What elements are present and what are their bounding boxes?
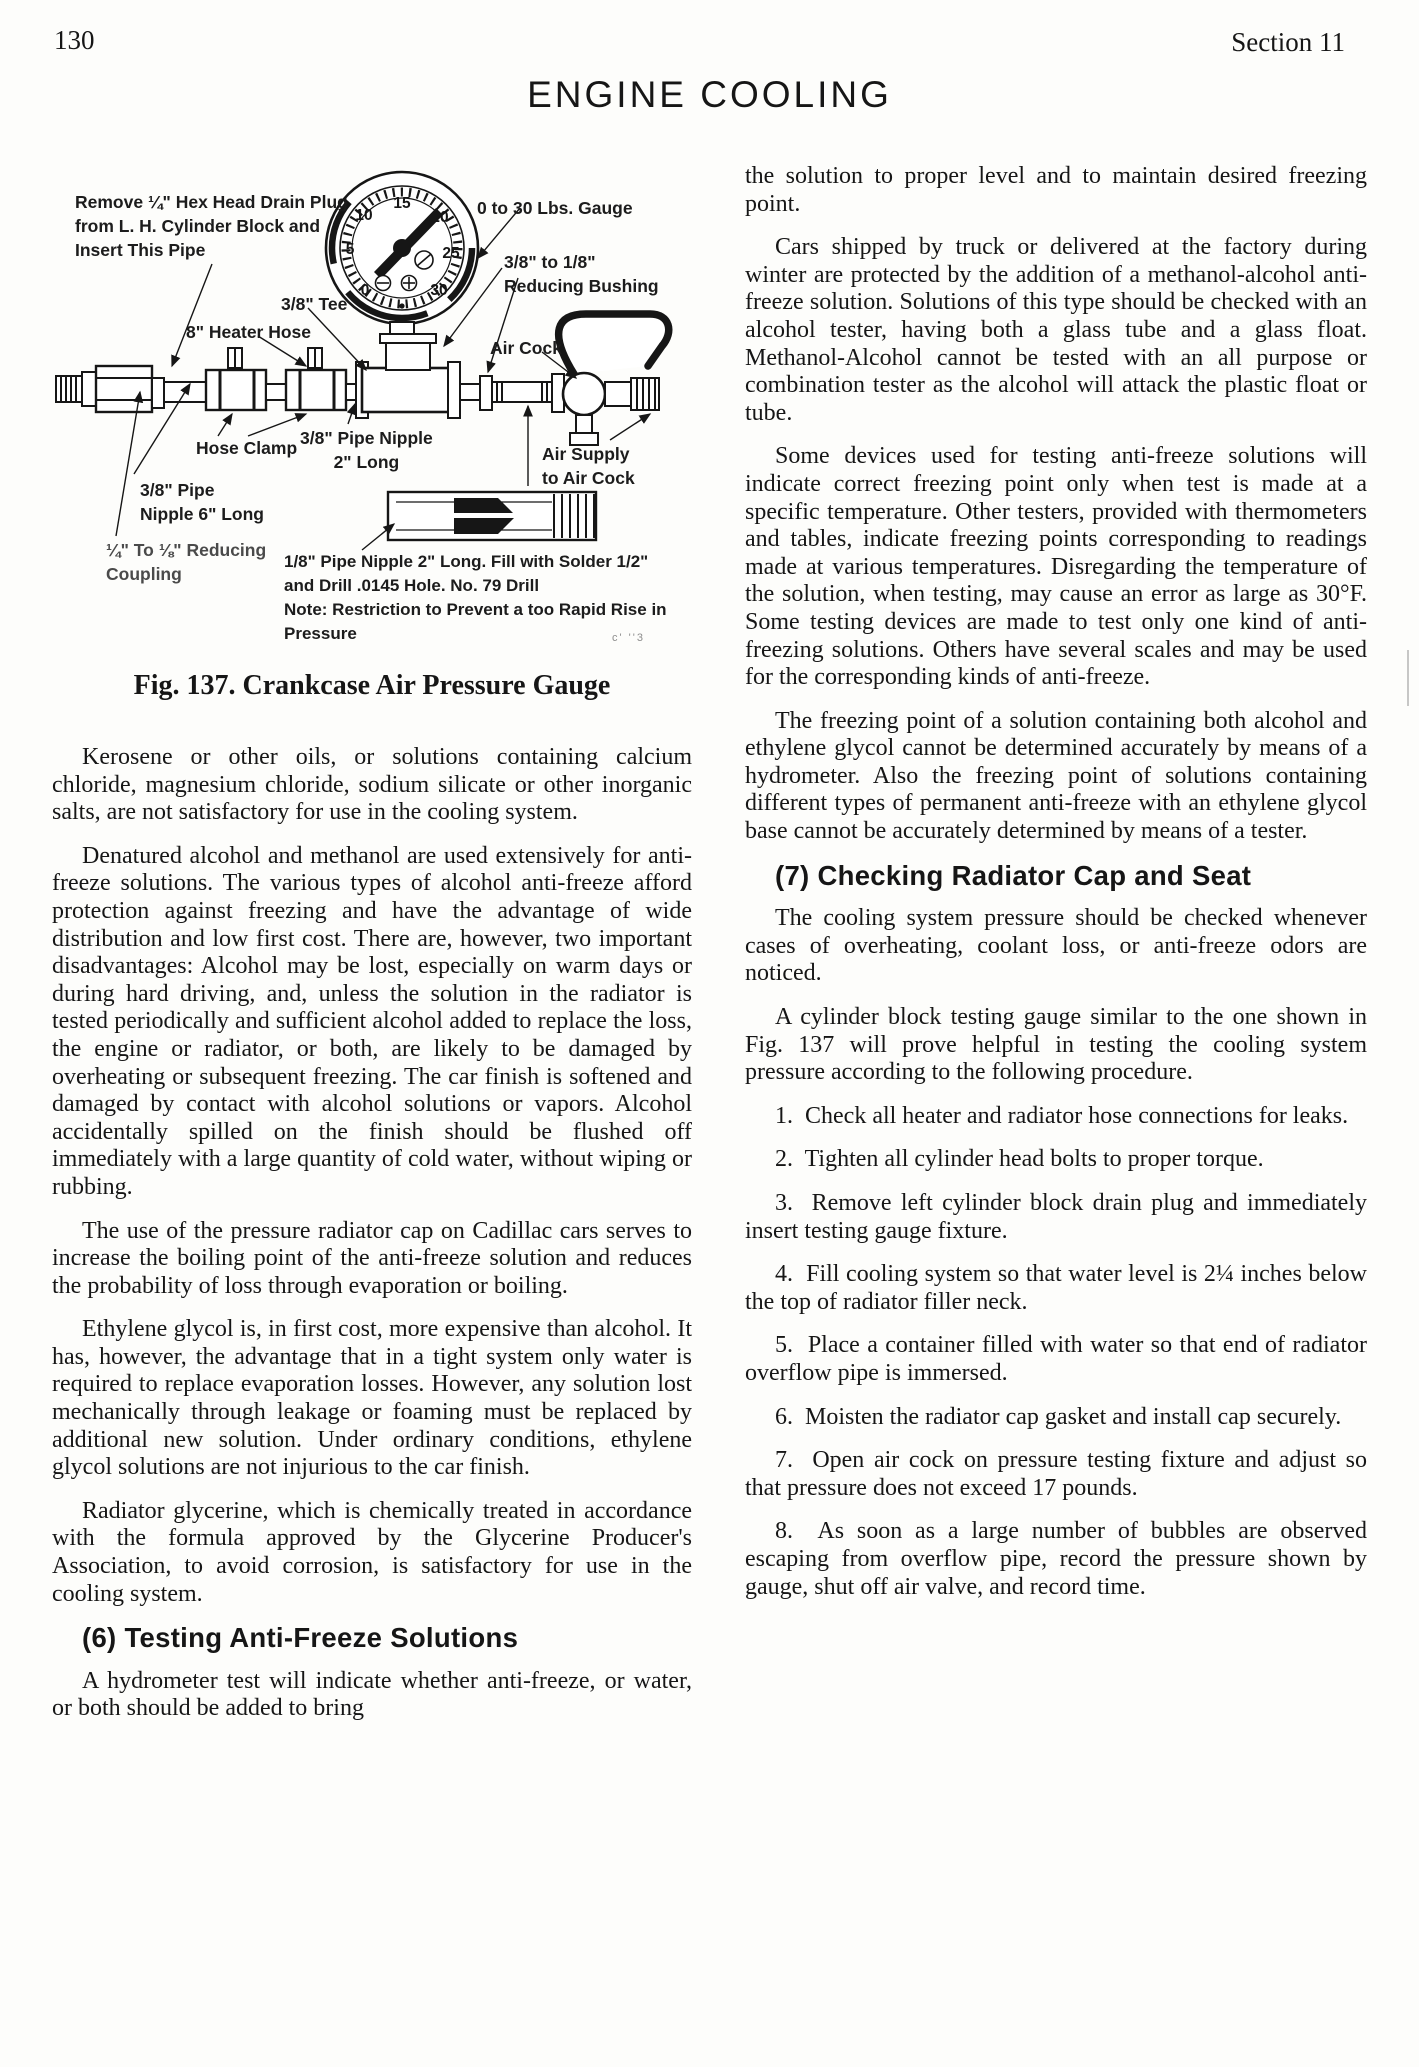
step-number: 4. [775,1261,793,1287]
label-air-supply: Air Supply to Air Cock [542,442,635,490]
air-cock-handle [559,314,669,374]
gauge-tick-30: 30 [430,282,447,299]
label-reducing-bushing: 3/8" to 1/8" Reducing Bushing [504,250,659,298]
step-text: Tighten all cylinder head bolts to prope… [805,1146,1264,1172]
step-number: 6. [775,1404,793,1430]
step-text: Place a container filled with water so t… [745,1332,1367,1386]
step-number: 5. [775,1332,793,1358]
figure-caption: Fig. 137. Crankcase Air Pressure Gauge [52,670,692,702]
step-number: 2. [775,1146,793,1172]
paragraph: A hydrometer test will indicate whether … [52,1668,692,1723]
paragraph: Denatured alcohol and methanol are used … [52,843,692,1202]
gauge-tick-0: 0 [361,282,370,299]
label-tee: 3/8" Tee [281,292,347,316]
left-column: Kerosene or other oils, or solutions con… [52,744,692,1723]
step-text: Fill cooling system so that water level … [745,1261,1367,1315]
paragraph: Some devices used for testing anti-freez… [745,443,1367,691]
section-heading-7: (7) Checking Radiator Cap and Seat [745,862,1367,890]
step-number: 7. [775,1447,793,1473]
step-text: Moisten the radiator cap gasket and inst… [805,1404,1341,1430]
step-text: Check all heater and radiator hose conne… [805,1103,1348,1129]
label-pipe-nipple-6: 3/8" Pipe Nipple 6" Long [140,478,264,526]
step-item: 5. Place a container filled with water s… [745,1332,1367,1387]
section-heading-6: (6) Testing Anti-Freeze Solutions [52,1624,692,1652]
paragraph: The use of the pressure radiator cap on … [52,1218,692,1301]
gauge-tick-25: 25 [442,245,460,262]
step-item: 3. Remove left cylinder block drain plug… [745,1190,1367,1245]
gauge-tick-15: 15 [393,195,411,212]
label-nipple-detail: 1/8" Pipe Nipple 2" Long. Fill with Sold… [284,550,667,646]
step-item: 7. Open air cock on pressure testing fix… [745,1447,1367,1502]
paragraph: Cars shipped by truck or delivered at th… [745,234,1367,427]
step-item: 4. Fill cooling system so that water lev… [745,1261,1367,1316]
scan-artifact [1407,650,1409,706]
step-text: Remove left cylinder block drain plug an… [745,1190,1367,1244]
step-number: 8. [775,1518,793,1544]
label-drain-plug: Remove ¼" Hex Head Drain Plug from L. H.… [75,190,348,262]
step-item: 2. Tighten all cylinder head bolts to pr… [745,1146,1367,1174]
manual-page: 130 Section 11 ENGINE COOLING [0,0,1419,2067]
nipple-detail-drawing [388,492,596,540]
label-heater-hose: 8" Heater Hose [186,320,311,344]
right-column: the solution to proper level and to main… [745,163,1367,1601]
paragraph: The freezing point of a solution contain… [745,708,1367,846]
label-reducing-coupling: ¼" To ⅛" Reducing Coupling [106,538,266,586]
step-number: 1. [775,1103,793,1129]
page-number: 130 [54,25,95,56]
page-title: ENGINE COOLING [0,74,1419,116]
section-label: Section 11 [1231,27,1345,58]
label-gauge-range: 0 to 30 Lbs. Gauge [477,196,633,220]
label-hose-clamp: Hose Clamp [196,436,297,460]
step-text: As soon as a large number of bubbles are… [745,1518,1367,1599]
step-item: 6. Moisten the radiator cap gasket and i… [745,1404,1367,1432]
paragraph: the solution to proper level and to main… [745,163,1367,218]
paragraph: Radiator glycerine, which is chemically … [52,1498,692,1608]
gauge-tick-10: 10 [355,207,372,224]
figure-137: 0 5 10 15 20 25 30 [50,136,698,670]
paragraph: A cylinder block testing gauge similar t… [745,1004,1367,1087]
label-pipe-nipple-2: 3/8" Pipe Nipple 2" Long [300,426,433,474]
step-item: 1. Check all heater and radiator hose co… [745,1103,1367,1131]
step-item: 8. As soon as a large number of bubbles … [745,1518,1367,1601]
paragraph: Kerosene or other oils, or solutions con… [52,744,692,827]
print-artifact: c' ''3 [612,632,645,644]
paragraph: The cooling system pressure should be ch… [745,905,1367,988]
label-air-cock: Air Cock [490,336,562,360]
paragraph: Ethylene glycol is, in first cost, more … [52,1316,692,1482]
step-text: Open air cock on pressure testing fixtur… [745,1447,1367,1501]
step-number: 3. [775,1190,793,1216]
